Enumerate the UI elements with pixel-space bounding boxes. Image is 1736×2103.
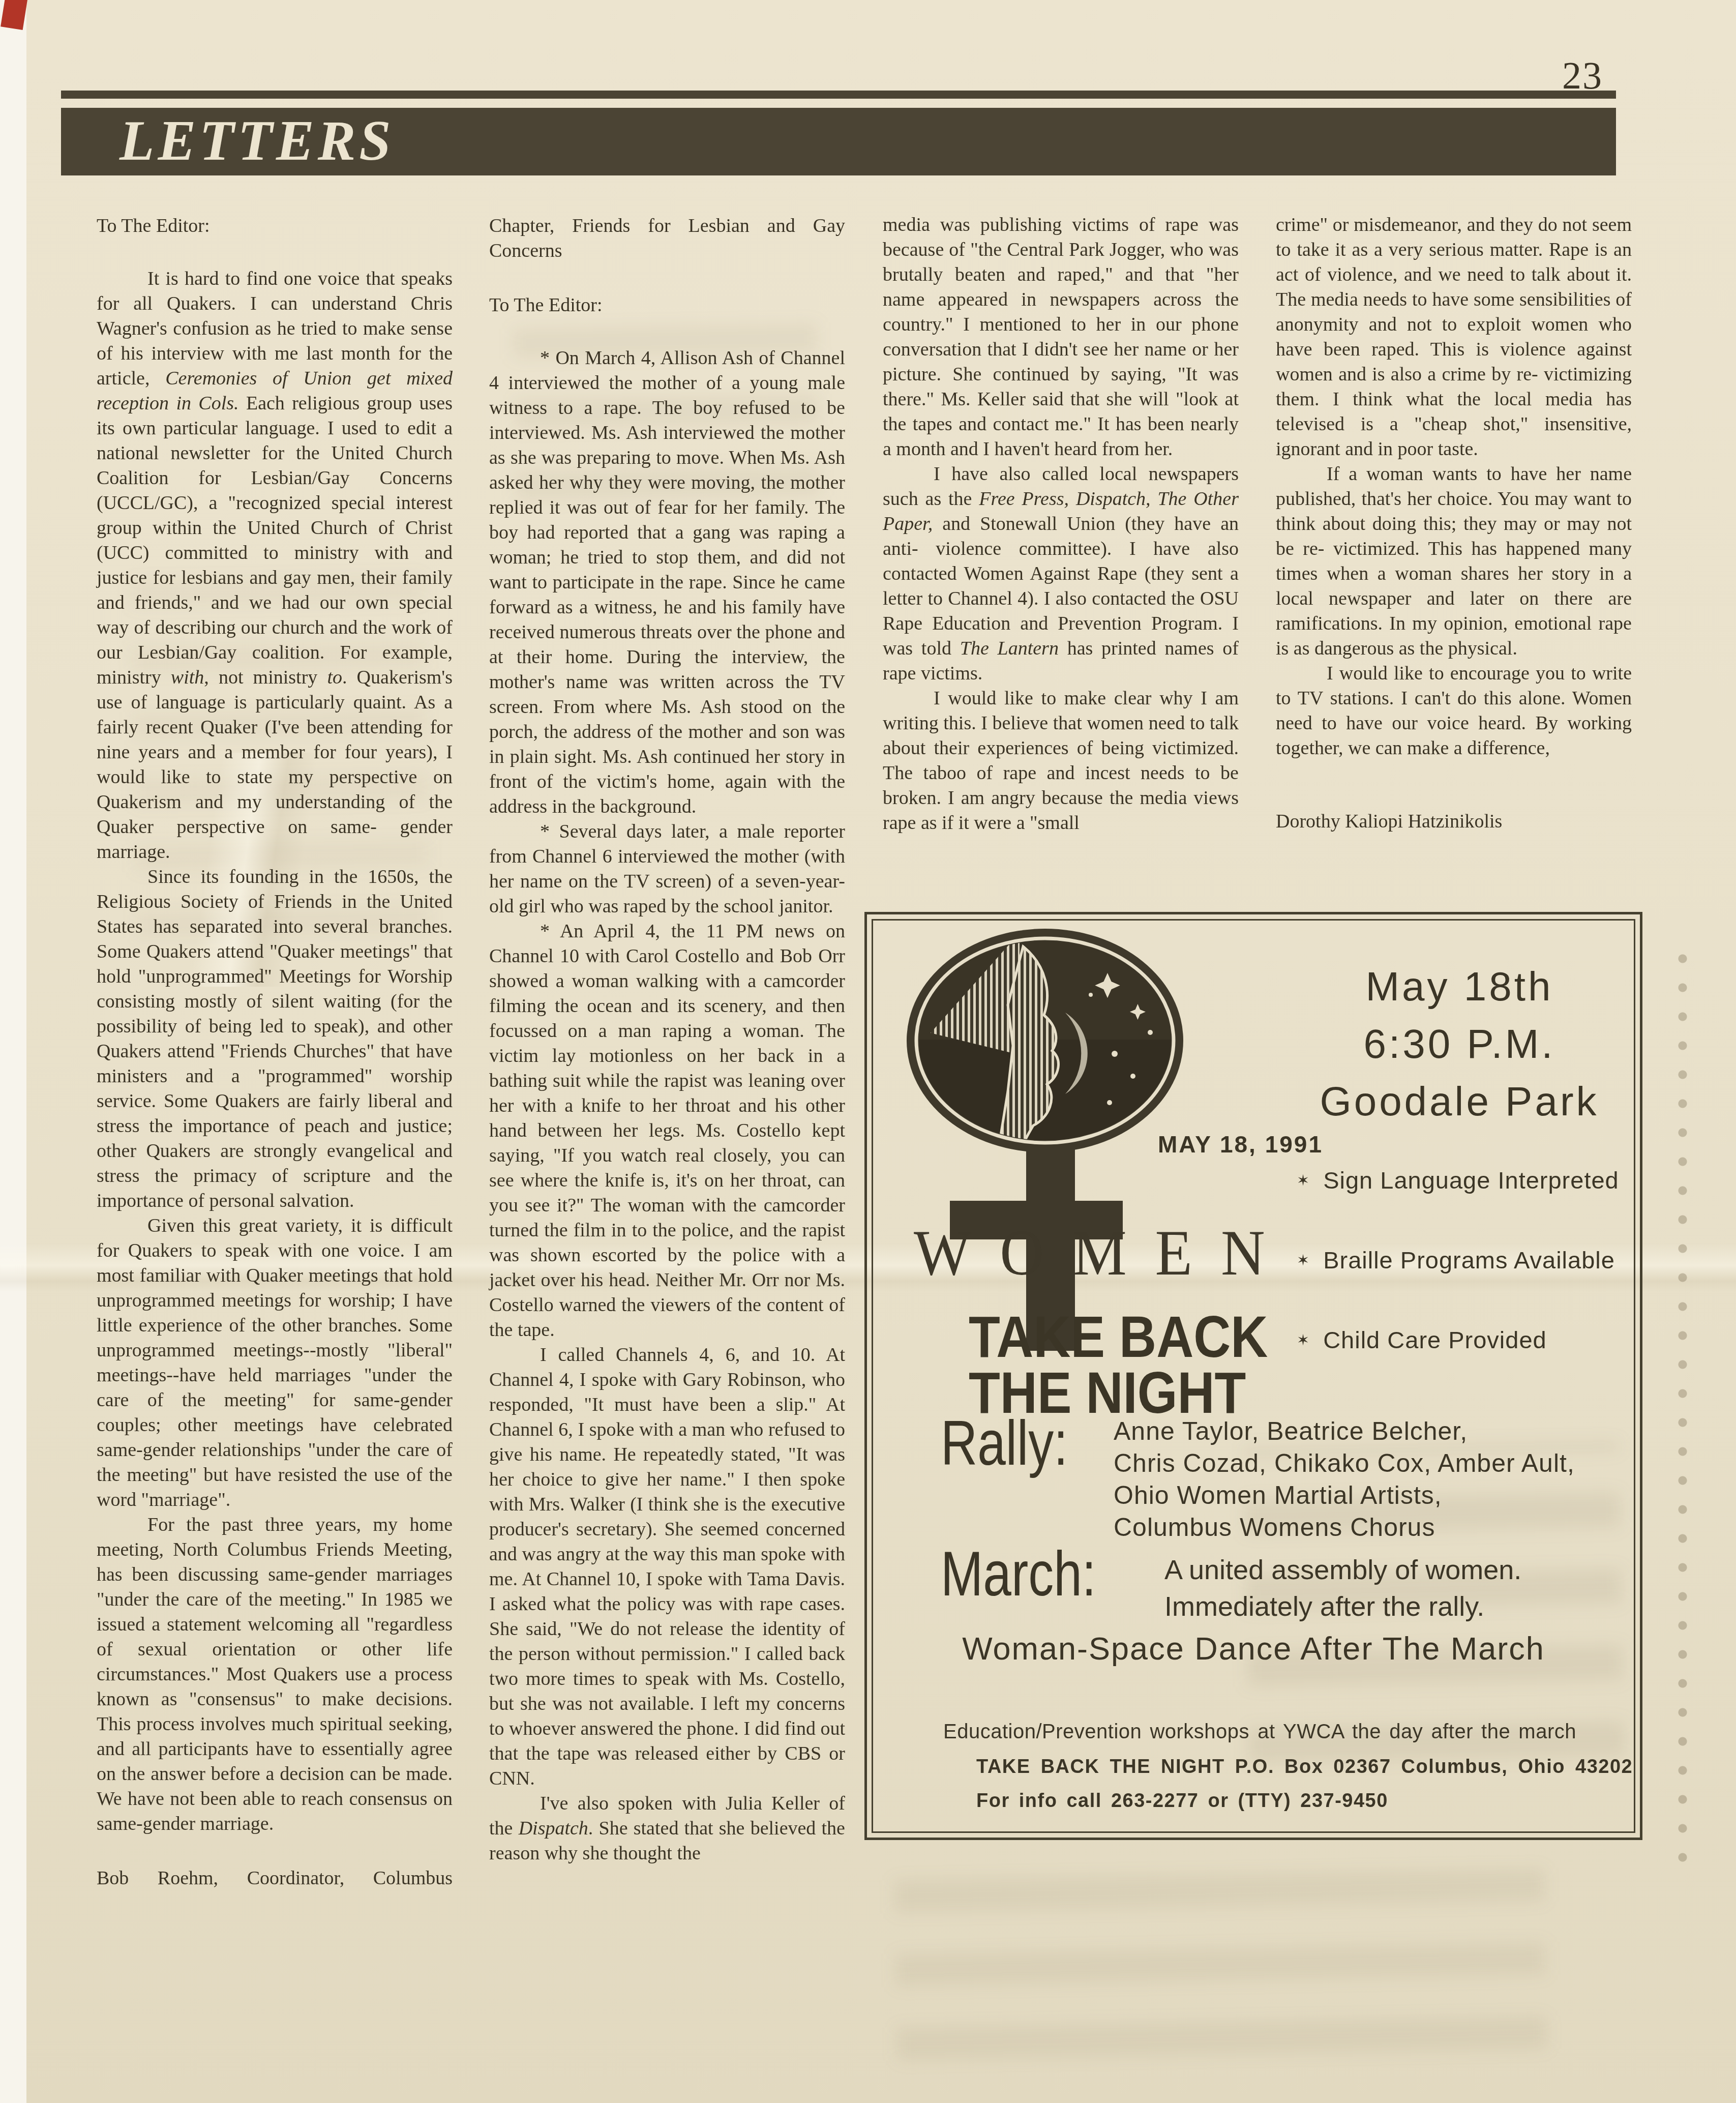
letter-para: If a woman wants to have her name publis… — [1276, 462, 1632, 661]
letter-cont: Chapter, Friends for Lesbian and Gay Con… — [489, 214, 845, 263]
ad-feature-label: Braille Programs Available — [1323, 1246, 1615, 1274]
ad-feature-label: Sign Language Interpreted — [1323, 1166, 1619, 1194]
letter-para: I would like to encourage you to write t… — [1276, 661, 1632, 761]
ad-event-location: Goodale Park — [1294, 1073, 1625, 1130]
letter-salutation: To The Editor: — [489, 293, 845, 318]
ad-date-label: MAY 18, 1991 — [1158, 1131, 1323, 1158]
letter-column-1: To The Editor:It is hard to find one voi… — [97, 214, 453, 1891]
newspaper-page: 23 LETTERS To The Editor:It is hard to f… — [0, 0, 1736, 2103]
star-bullet-icon: ✶ — [1297, 1331, 1310, 1349]
letter-para: * An April 4, the 11 PM news on Channel … — [489, 919, 845, 1343]
ad-title-women: WOMEN — [914, 1216, 1294, 1290]
ad-line: A united assembly of women. — [1164, 1552, 1521, 1588]
letter-salutation: To The Editor: — [97, 214, 453, 239]
ad-event-date: May 18th — [1294, 958, 1625, 1015]
ad-line: Columbus Womens Chorus — [1114, 1512, 1575, 1544]
ad-line: Ohio Women Martial Artists, — [1114, 1479, 1575, 1512]
section-header-bar: LETTERS — [61, 108, 1616, 175]
ad-line: Immediately after the rally. — [1164, 1588, 1521, 1625]
ad-line: Chris Cozad, Chikako Cox, Amber Ault, — [1114, 1447, 1575, 1479]
tbtn-ad: MAY 18, 1991 May 18th 6:30 P.M. Goodale … — [864, 912, 1642, 1840]
star-bullet-icon: ✶ — [1297, 1172, 1310, 1190]
ad-feature-item: ✶Sign Language Interpreted — [1297, 1166, 1632, 1194]
ad-features: ✶Sign Language Interpreted✶Braille Progr… — [1297, 1166, 1632, 1406]
rally-lineup: Anne Taylor, Beatrice Belcher,Chris Coza… — [1114, 1415, 1575, 1544]
ad-line: Anne Taylor, Beatrice Belcher, — [1114, 1415, 1575, 1447]
po-box-line: TAKE BACK THE NIGHT P.O. Box 02367 Colum… — [976, 1756, 1633, 1778]
ad-feature-label: Child Care Provided — [1323, 1326, 1547, 1354]
letter-para: I have also called local newspapers such… — [883, 462, 1239, 686]
workshops-line: Education/Prevention workshops at YWCA t… — [943, 1721, 1576, 1743]
letter-para: Since its founding in the 1650s, the Rel… — [97, 865, 453, 1213]
bleed-through-ghost — [893, 1846, 1548, 2060]
march-details: A united assembly of women.Immediately a… — [1164, 1552, 1521, 1625]
star-bullet-icon: ✶ — [1297, 1252, 1310, 1269]
ad-event-time: 6:30 P.M. — [1294, 1015, 1625, 1073]
march-label: March: — [941, 1537, 1096, 1610]
letter-sig: Dorothy Kaliopi Hatzinikolis — [1276, 809, 1632, 834]
letter-para: * Several days later, a male reporter fr… — [489, 819, 845, 919]
ad-when-block: May 18th 6:30 P.M. Goodale Park — [1294, 958, 1625, 1130]
letter-column-2: Chapter, Friends for Lesbian and Gay Con… — [489, 214, 845, 1866]
scan-edge — [0, 0, 26, 2103]
letter-para: * On March 4, Allison Ash of Channel 4 i… — [489, 346, 845, 819]
ad-feature-item: ✶Child Care Provided — [1297, 1326, 1632, 1354]
section-header-title: LETTERS — [61, 108, 1616, 174]
letter-column-4: crime" or misdemeanor, and they do not s… — [1276, 213, 1632, 834]
letter-para: It is hard to find one voice that speaks… — [97, 266, 453, 865]
perforation-dots — [1674, 949, 1691, 1879]
letter-column-3: media was publishing victims of rape was… — [883, 213, 1239, 836]
letter-para: I've also spoken with Julia Keller of th… — [489, 1791, 845, 1866]
letter-para: I would like to make clear why I am writ… — [883, 686, 1239, 836]
letter-para: For the past three years, my home meetin… — [97, 1513, 453, 1837]
rally-label: Rally: — [941, 1407, 1068, 1479]
section-rule — [61, 91, 1616, 99]
letter-para: crime" or misdemeanor, and they do not s… — [1276, 213, 1632, 462]
info-line: For info call 263-2277 or (TTY) 237-9450 — [976, 1790, 1388, 1812]
letter-para: Given this great variety, it is difficul… — [97, 1213, 453, 1513]
letter-para: media was publishing victims of rape was… — [883, 213, 1239, 462]
letter-sigj: Bob Roehm, Coordinator, Columbus — [97, 1866, 453, 1891]
letter-para: I called Channels 4, 6, and 10. At Chann… — [489, 1343, 845, 1791]
ad-feature-item: ✶Braille Programs Available — [1297, 1246, 1632, 1274]
dance-line: Woman-Space Dance After The March — [908, 1631, 1599, 1667]
